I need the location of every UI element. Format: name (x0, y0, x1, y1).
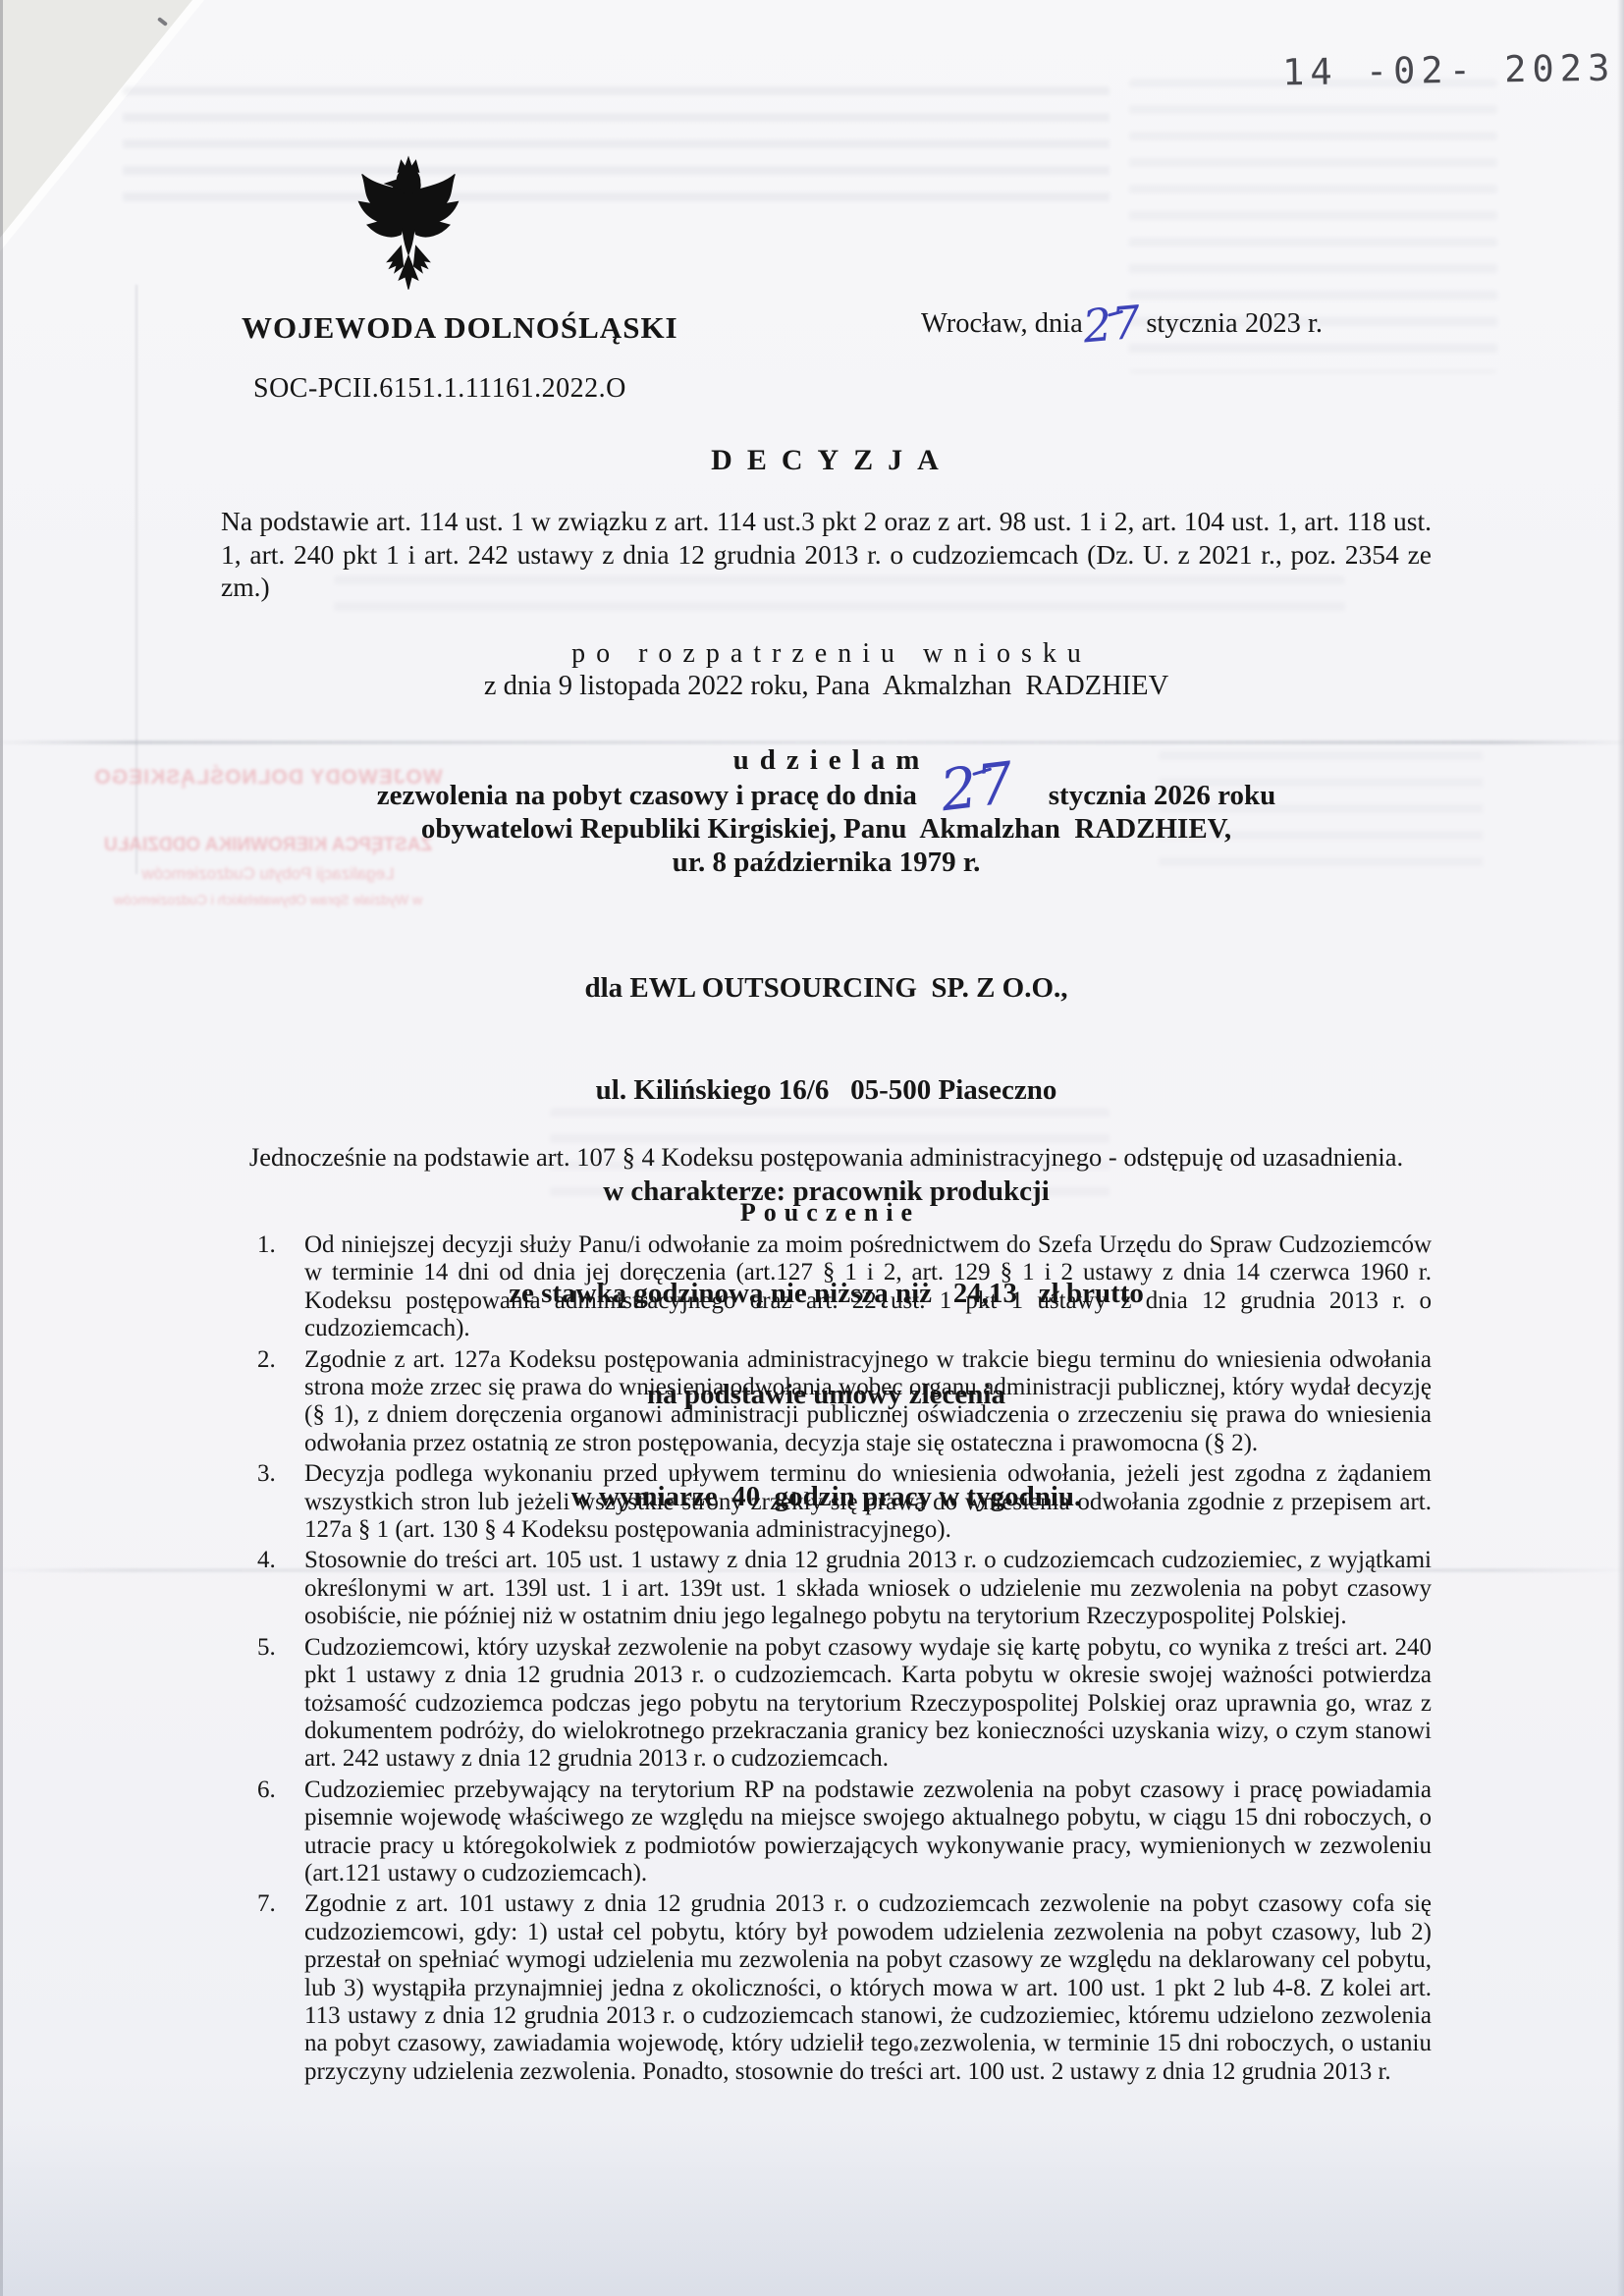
after-review-line1: po rozpatrzeniu wniosku (221, 638, 1432, 670)
legal-basis-paragraph: Na podstawie art. 114 ust. 1 w związku z… (221, 505, 1432, 604)
scan-left-edge (0, 0, 3, 2296)
instruction-number: 6. (257, 1777, 304, 1888)
instruction-text: Od niniejszej decyzji służy Panu/i odwoł… (304, 1231, 1432, 1343)
instruction-item: 4. Stosownie do treści art. 105 ust. 1 u… (257, 1547, 1432, 1630)
grant-heading: udzielam (221, 744, 1432, 777)
instruction-text: Zgodnie z art. 127a Kodeksu postępowania… (304, 1346, 1432, 1458)
grant-line3: ur. 8 października 1979 r. (221, 846, 1432, 879)
handwritten-day: 27 (941, 783, 1012, 792)
scan-right-edge (1617, 0, 1624, 2296)
scan-bottom-shading (0, 2119, 1624, 2296)
grant-block: udzielam zezwolenia na pobyt czasowy i p… (221, 744, 1432, 879)
grant-line1: zezwolenia na pobyt czasowy i pracę do d… (221, 779, 1432, 812)
instructions-heading: Pouczenie (221, 1198, 1432, 1228)
bleedthrough-ghost-text (123, 86, 1110, 219)
instruction-item: 7. Zgodnie z art. 101 ustawy z dnia 12 g… (257, 1890, 1432, 2086)
instruction-number: 4. (257, 1547, 304, 1630)
justification-waiver: Jednocześnie na podstawie art. 107 § 4 K… (221, 1142, 1432, 1173)
instruction-number: 2. (257, 1346, 304, 1458)
received-date-stamp: 14 -02- 2023 (1282, 47, 1616, 94)
grant-line1-suffix: stycznia 2026 roku (1049, 780, 1275, 811)
case-number: SOC-PCII.6151.1.11161.2022.O (253, 373, 626, 405)
instruction-item: 3. Decyzja podlega wykonaniu przed upływ… (257, 1460, 1432, 1544)
grant-line2: obywatelowi Republiki Kirgiskiej, Panu A… (221, 812, 1432, 846)
instruction-text: Decyzja podlega wykonaniu przed upływem … (304, 1460, 1432, 1544)
instruction-text: Zgodnie z art. 101 ustawy z dnia 12 grud… (304, 1890, 1432, 2086)
instruction-number: 7. (257, 1890, 304, 2086)
place-date-suffix: stycznia 2023 r. (1146, 308, 1323, 339)
instruction-item: 1. Od niniejszej decyzji służy Panu/i od… (257, 1231, 1432, 1343)
employer-line: ul. Kilińskiego 16/6 05-500 Piaseczno (221, 1073, 1432, 1108)
instruction-number: 1. (257, 1231, 304, 1343)
scanned-decision-page: WOJEWODY DOLNOŚLĄSKIEGO ZASTĘPCA KIEROWN… (0, 0, 1624, 2296)
authority-title: WOJEWODA DOLNOŚLĄSKI (242, 310, 678, 346)
instruction-item: 6. Cudzoziemiec przebywający na terytori… (257, 1777, 1432, 1888)
employer-line: dla EWL OUTSOURCING SP. Z O.O., (221, 971, 1432, 1006)
polish-eagle-emblem-icon (344, 155, 473, 295)
instructions-list: 1. Od niniejszej decyzji służy Panu/i od… (257, 1231, 1432, 2089)
instruction-number: 5. (257, 1634, 304, 1774)
place-and-date-line: Wrocław, dnia27stycznia 2023 r. (921, 308, 1323, 340)
instruction-item: 2. Zgodnie z art. 127a Kodeksu postępowa… (257, 1346, 1432, 1458)
instruction-text: Cudzoziemiec przebywający na terytorium … (304, 1777, 1432, 1888)
after-review-line2: z dnia 9 listopada 2022 roku, Pana Akmal… (221, 671, 1432, 702)
instruction-number: 3. (257, 1460, 304, 1544)
after-review-block: po rozpatrzeniu wniosku z dnia 9 listopa… (221, 638, 1432, 702)
place-date-prefix: Wrocław, dnia (921, 308, 1083, 339)
instruction-text: Stosownie do treści art. 105 ust. 1 usta… (304, 1547, 1432, 1630)
grant-line1-prefix: zezwolenia na pobyt czasowy i pracę do d… (377, 780, 917, 811)
instruction-text: Cudzoziemcowi, który uzyskał zezwolenie … (304, 1634, 1432, 1774)
handwritten-day: 27 (1083, 321, 1140, 326)
instruction-item: 5. Cudzoziemcowi, który uzyskał zezwolen… (257, 1634, 1432, 1774)
document-title: DECYZJA (221, 444, 1429, 477)
